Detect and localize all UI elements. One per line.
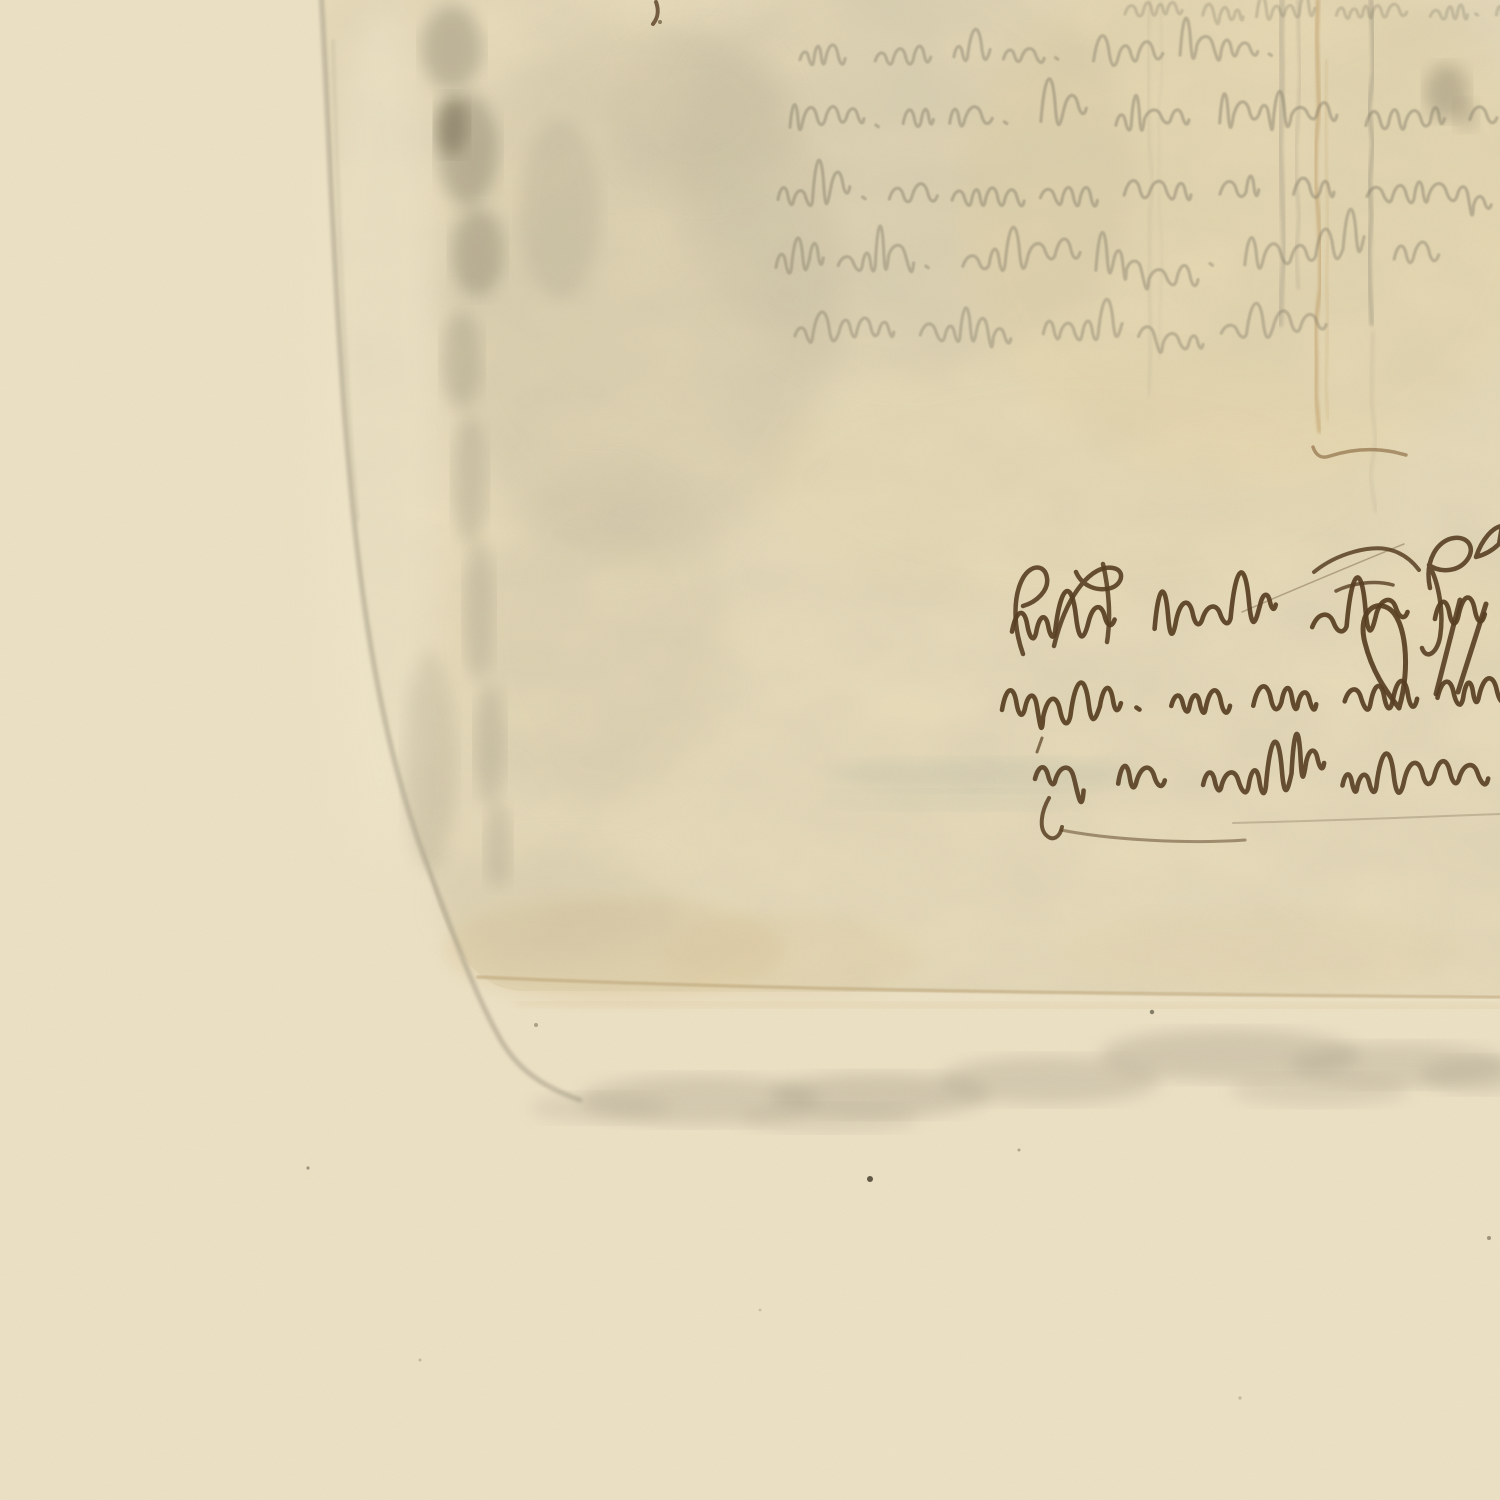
manuscript-scan-canvas [0, 0, 1500, 1500]
manuscript-scan [0, 0, 1500, 1500]
paper-grain [0, 0, 1500, 1500]
